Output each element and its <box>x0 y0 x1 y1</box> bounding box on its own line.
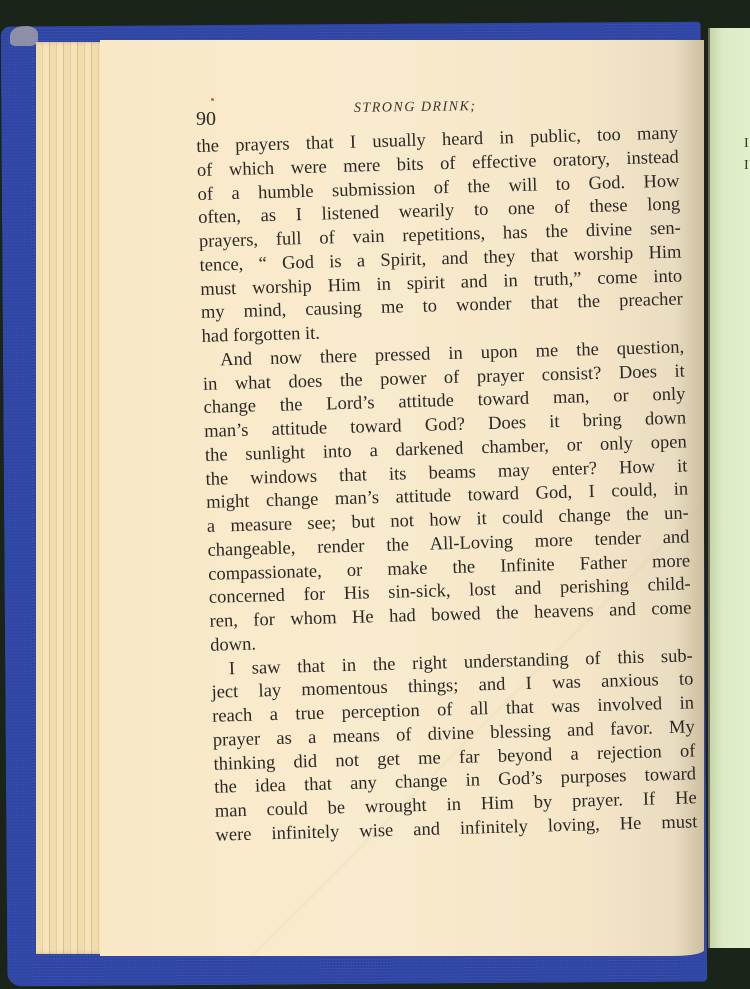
next-page-glyph: I <box>744 158 749 174</box>
page-number: 90 <box>196 108 216 131</box>
cover-wear <box>10 26 38 46</box>
next-page-glyph: I <box>744 136 749 152</box>
page-stack-edges <box>36 42 106 954</box>
running-head: STRONG DRINK; <box>354 99 477 117</box>
ink-speck <box>211 98 214 101</box>
body-text: the prayers that I usually heard in publ… <box>196 123 698 849</box>
